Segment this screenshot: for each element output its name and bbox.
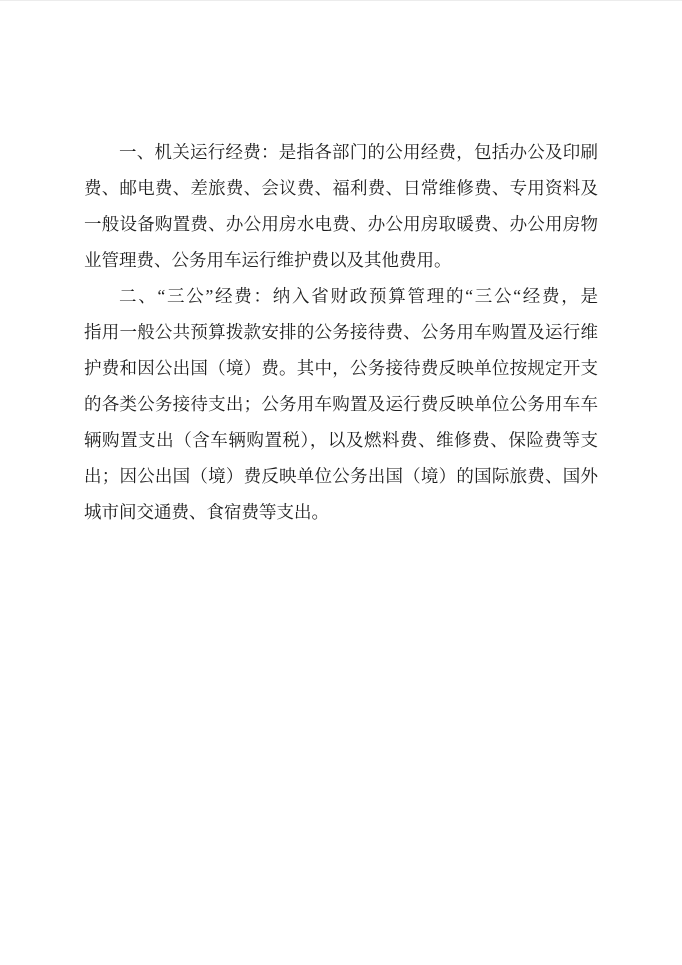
text-line: 一般设备购置费、办公用房水电费、办公用房取暖费、办公用房物 bbox=[84, 206, 598, 242]
text-line: 辆购置支出（含车辆购置税），以及燃料费、维修费、保险费等支 bbox=[84, 422, 598, 458]
text-line: 的各类公务接待支出；公务用车购置及运行费反映单位公务用车车 bbox=[84, 386, 598, 422]
text-line: 费、邮电费、差旅费、会议费、福利费、日常维修费、专用资料及 bbox=[84, 170, 598, 206]
text-line: 护费和因公出国（境）费。其中，公务接待费反映单位按规定开支 bbox=[84, 350, 598, 386]
text-line: 出；因公出国（境）费反映单位公务出国（境）的国际旅费、国外 bbox=[84, 458, 598, 494]
paragraph-office-operating-expenses: 一、机关运行经费：是指各部门的公用经费，包括办公及印刷 费、邮电费、差旅费、会议… bbox=[84, 134, 598, 278]
text-line: 城市间交通费、食宿费等支出。 bbox=[84, 494, 598, 530]
document-page: 一、机关运行经费：是指各部门的公用经费，包括办公及印刷 费、邮电费、差旅费、会议… bbox=[0, 0, 682, 965]
text-line: 业管理费、公务用车运行维护费以及其他费用。 bbox=[84, 242, 598, 278]
text-line: 指用一般公共预算拨款安排的公务接待费、公务用车购置及运行维 bbox=[84, 314, 598, 350]
document-content: 一、机关运行经费：是指各部门的公用经费，包括办公及印刷 费、邮电费、差旅费、会议… bbox=[0, 1, 682, 530]
text-line: 二、“三公”经费：纳入省财政预算管理的“三公“经费，是 bbox=[84, 278, 598, 314]
text-line: 一、机关运行经费：是指各部门的公用经费，包括办公及印刷 bbox=[84, 134, 598, 170]
paragraph-three-public-expenses: 二、“三公”经费：纳入省财政预算管理的“三公“经费，是 指用一般公共预算拨款安排… bbox=[84, 278, 598, 530]
